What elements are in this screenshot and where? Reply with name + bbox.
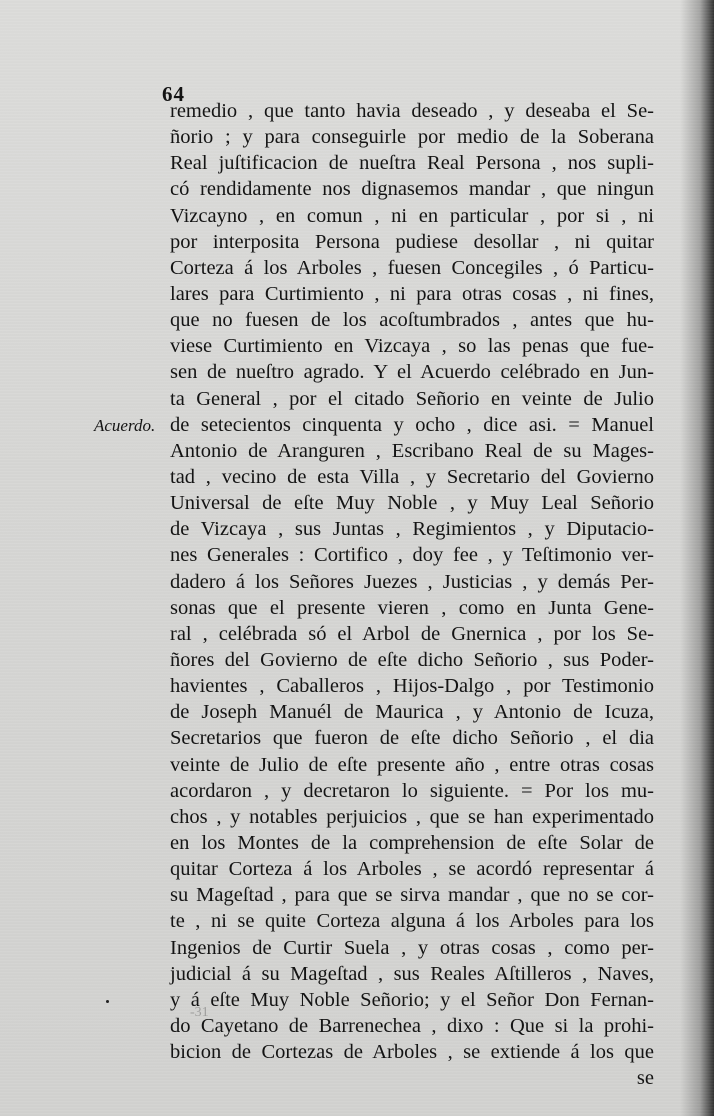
text-line: te , ni se quite Corteza alguna á los Ar… [170, 908, 654, 934]
text-line: ral , celébrada só el Arbol de Gnernica … [170, 621, 654, 647]
text-line: bicion de Cortezas de Arboles , se extie… [170, 1039, 654, 1065]
text-line: Corteza á los Arboles , fuesen Concegile… [170, 255, 654, 281]
text-line: ñorio ; y para conseguirle por medio de … [170, 124, 654, 150]
text-line: lares para Curtimiento , ni para otras c… [170, 281, 654, 307]
text-line: veinte de Julio de eſte presente año , e… [170, 752, 654, 778]
text-line: Antonio de Aranguren , Escribano Real de… [170, 438, 654, 464]
text-line: tad , vecino de esta Villa , y Secretari… [170, 464, 654, 490]
text-line: Ingenios de Curtir Suela , y otras cosas… [170, 935, 654, 961]
body-text: remedio , que tanto havia deseado , y de… [170, 98, 654, 1091]
text-line: que no fuesen de los acoſtumbrados , ant… [170, 307, 654, 333]
text-line: sonas que el presente vieren , como en J… [170, 595, 654, 621]
text-line: de Vizcaya , sus Juntas , Regimientos , … [170, 516, 654, 542]
text-line: de Joseph Manuél de Maurica , y Antonio … [170, 699, 654, 725]
margin-note: Acuerdo. [94, 416, 155, 436]
scanned-page: 64 Acuerdo. remedio , que tanto havia de… [0, 0, 714, 1116]
catchword: se [170, 1065, 654, 1091]
text-line: Secretarios que fueron de eſte dicho Señ… [170, 725, 654, 751]
text-line: su Mageſtad , para que se sirva mandar ,… [170, 882, 654, 908]
text-line: do Cayetano de Barrenechea , dixo : Que … [170, 1013, 654, 1039]
text-line: judicial á su Mageſtad , sus Reales Aſti… [170, 961, 654, 987]
text-line: acordaron , y decretaron lo siguiente. =… [170, 778, 654, 804]
text-line: por interposita Persona pudiese desollar… [170, 229, 654, 255]
text-line: ñores del Govierno de eſte dicho Señorio… [170, 647, 654, 673]
text-line: Vizcayno , en comun , ni en particular ,… [170, 203, 654, 229]
text-line: en los Montes de la comprehension de eſt… [170, 830, 654, 856]
ink-speck [106, 1000, 109, 1003]
text-line: Universal de eſte Muy Noble , y Muy Leal… [170, 490, 654, 516]
text-line: nes Generales : Cortifico , doy fee , y … [170, 542, 654, 568]
text-line: ta General , por el citado Señorio en ve… [170, 386, 654, 412]
text-line: remedio , que tanto havia deseado , y de… [170, 98, 654, 124]
text-line: Real juſtificacion de nueſtra Real Perso… [170, 150, 654, 176]
show-through-text: -31 [190, 1005, 209, 1021]
text-line: havientes , Caballeros , Hijos-Dalgo , p… [170, 673, 654, 699]
text-line: chos , y notables perjuicios , que se ha… [170, 804, 654, 830]
text-line: có rendidamente nos dignasemos mandar , … [170, 176, 654, 202]
text-line: y á eſte Muy Noble Señorio; y el Señor D… [170, 987, 654, 1013]
text-line: de setecientos cinquenta y ocho , dice a… [170, 412, 654, 438]
text-line: dadero á los Señores Juezes , Justicias … [170, 569, 654, 595]
text-line: sen de nueſtro agrado. Y el Acuerdo celé… [170, 359, 654, 385]
text-line: quitar Corteza á los Arboles , se acordó… [170, 856, 654, 882]
text-line: viese Curtimiento en Vizcaya , so las pe… [170, 333, 654, 359]
